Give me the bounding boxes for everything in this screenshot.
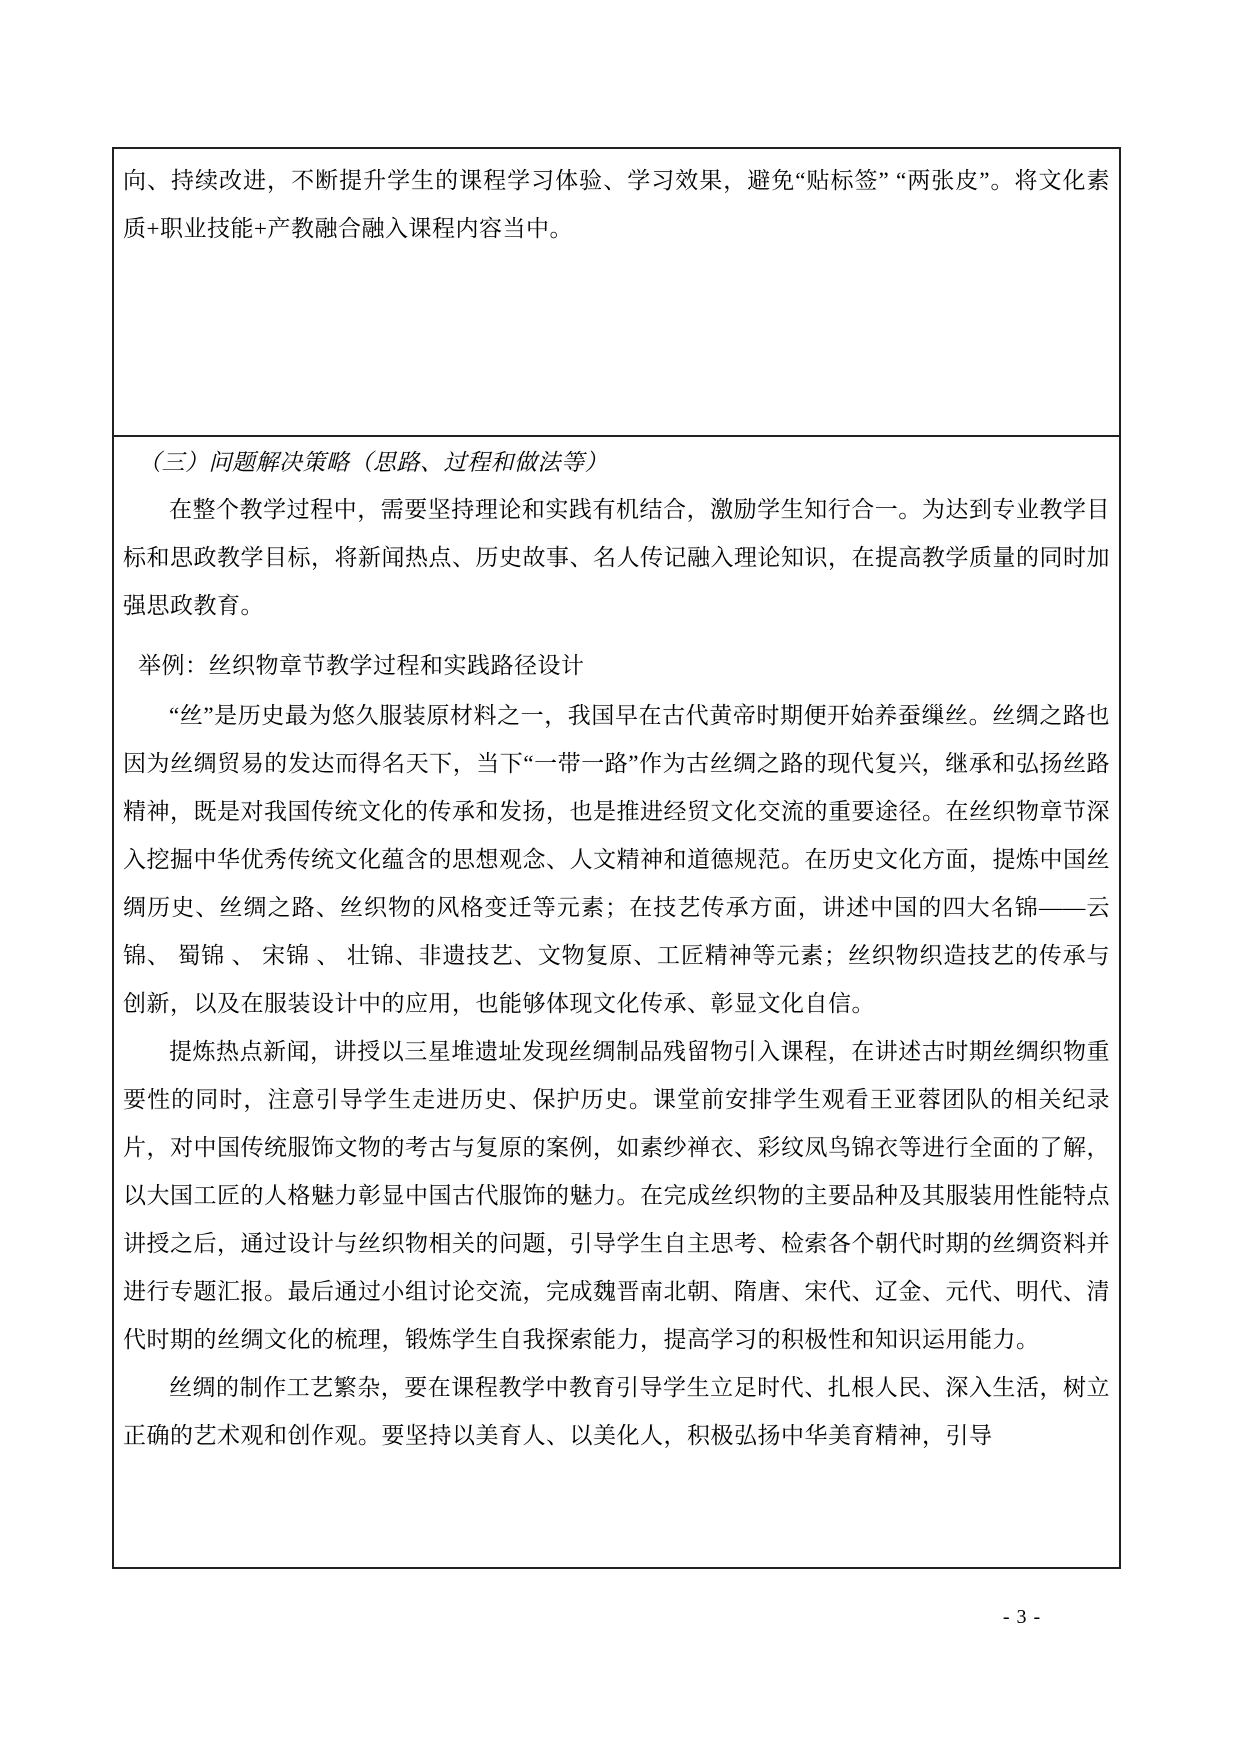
- document-page: 向、持续改进，不断提升学生的课程学习体验、学习效果，避免“贴标签” “两张皮”。…: [0, 0, 1240, 1753]
- intro-paragraph: 在整个教学过程中，需要坚持理论和实践有机结合，激励学生知行合一。为达到专业教学目…: [123, 486, 1110, 630]
- section-heading: （三）问题解决策略（思路、过程和做法等）: [123, 440, 1110, 486]
- page-number: - 3 -: [982, 1603, 1062, 1631]
- silk-history-paragraph: “丝”是历史最为悠久服装原材料之一，我国早在古代黄帝时期便开始养蚕缫丝。丝绸之路…: [123, 692, 1110, 1028]
- hot-news-paragraph: 提炼热点新闻，讲授以三星堆遗址发现丝绸制品残留物引入课程，在讲述古时期丝绸织物重…: [123, 1028, 1110, 1364]
- table-cell-carryover: 向、持续改进，不断提升学生的课程学习体验、学习效果，避免“贴标签” “两张皮”。…: [112, 147, 1121, 437]
- carryover-paragraph: 向、持续改进，不断提升学生的课程学习体验、学习效果，避免“贴标签” “两张皮”。…: [123, 157, 1110, 253]
- aesthetic-education-paragraph: 丝绸的制作工艺繁杂，要在课程教学中教育引导学生立足时代、扎根人民、深入生活，树立…: [123, 1364, 1110, 1460]
- example-label: 举例：丝织物章节教学过程和实践路径设计: [123, 642, 1110, 690]
- table-cell-section-three: （三）问题解决策略（思路、过程和做法等） 在整个教学过程中，需要坚持理论和实践有…: [112, 437, 1121, 1569]
